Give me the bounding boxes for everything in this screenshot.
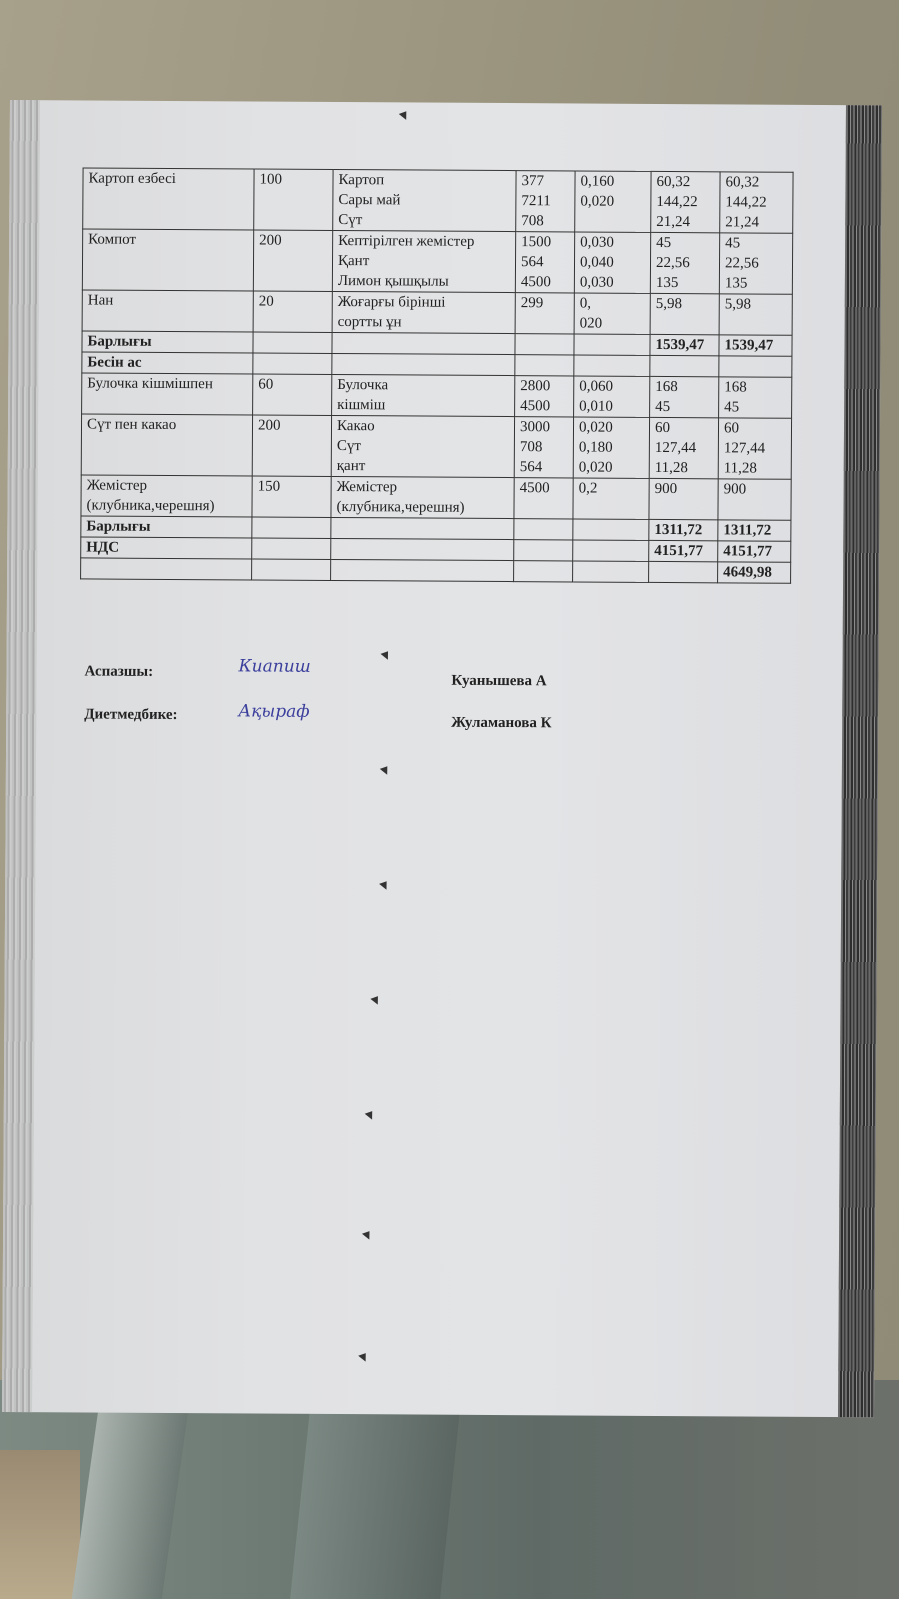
total-cell: 4649,98	[718, 562, 791, 583]
menu-cost-table: Картоп езбесі100Картоп Сары май Сүт377 7…	[80, 167, 794, 583]
yield-cell	[253, 353, 332, 374]
total-cell: 1539,47	[719, 335, 792, 356]
ingredients-cell: Картоп Сары май Сүт	[333, 169, 516, 231]
toner-speck	[370, 996, 380, 1006]
toner-speck	[365, 1111, 375, 1121]
toner-speck	[358, 1353, 368, 1363]
subtotal-row: 4649,98	[81, 558, 791, 583]
total-cell: 1311,72	[718, 520, 791, 541]
dish-cell: Жемістер (клубника,черешня)	[81, 475, 252, 517]
yield-cell	[253, 332, 332, 353]
dish-cell: Картоп езбесі	[83, 168, 254, 230]
sum-cell: 1311,72	[649, 519, 718, 540]
toner-speck	[380, 651, 390, 661]
sum-cell: 900	[649, 478, 718, 519]
scan-edge-left	[2, 100, 40, 1412]
quantity-cell: 0,060 0,010	[574, 376, 650, 417]
dish-cell	[81, 558, 252, 580]
sum-cell: 4151,77	[649, 540, 718, 561]
price-cell: 2800 4500	[515, 376, 574, 417]
toner-speck	[380, 766, 390, 776]
total-cell: 5,98	[719, 294, 792, 335]
ingredients-cell: Булочка кішміш	[332, 374, 515, 416]
price-cell: 1500 564 4500	[515, 232, 574, 293]
total-cell: 45 22,56 135	[719, 233, 792, 294]
yield-cell: 200	[253, 230, 332, 291]
price-cell: 4500	[514, 478, 573, 519]
table-row: Жемістер (клубника,черешня)150Жемістер (…	[81, 475, 791, 520]
quantity-cell	[573, 540, 649, 561]
quantity-cell	[573, 519, 649, 540]
quantity-cell: 0,020 0,180 0,020	[573, 417, 649, 478]
sum-cell: 1539,47	[650, 334, 719, 355]
ingredients-cell	[331, 559, 514, 581]
price-cell	[515, 355, 574, 376]
ingredients-cell: Какао Сүт қант	[331, 415, 514, 477]
total-cell: 60,32 144,22 21,24	[720, 172, 793, 233]
quantity-cell: 0,2	[573, 478, 649, 519]
sum-cell: 60 127,44 11,28	[649, 417, 718, 478]
quantity-cell: 0,160 0,020	[575, 171, 651, 232]
price-cell: 377 7211 708	[516, 171, 575, 232]
price-cell: 3000 708 564	[514, 417, 573, 478]
total-cell	[719, 356, 792, 377]
sum-cell: 45 22,56 135	[650, 232, 719, 293]
yield-cell	[252, 559, 331, 580]
yield-cell	[252, 538, 331, 559]
nurse-signature: Ақыраф	[238, 701, 309, 721]
total-cell: 60 127,44 11,28	[718, 418, 791, 479]
document-page: Картоп езбесі100Картоп Сары май Сүт377 7…	[2, 100, 882, 1417]
toner-speck	[379, 881, 389, 891]
table-row: Картоп езбесі100Картоп Сары май Сүт377 7…	[83, 168, 793, 233]
sum-cell: 168 45	[650, 376, 719, 417]
total-cell: 900	[718, 479, 791, 520]
yield-cell	[252, 517, 331, 538]
cook-label: Аспазшы:	[84, 663, 153, 680]
dish-cell: Компот	[82, 229, 253, 291]
ingredients-cell	[331, 538, 514, 560]
nurse-name: Жуламанова К	[451, 715, 551, 733]
ingredients-cell: Жоғарғы бірінші сортты ұн	[332, 291, 515, 333]
quantity-cell: 0, 020	[574, 293, 650, 334]
ingredients-cell	[332, 353, 515, 375]
dish-cell: Бесін ас	[82, 352, 253, 374]
price-cell: 299	[515, 293, 574, 334]
cook-signature: Кuanиш	[238, 656, 310, 676]
dish-cell: Барлығы	[81, 516, 252, 538]
yield-cell: 20	[253, 291, 332, 332]
total-cell: 168 45	[719, 377, 792, 418]
background-chair-leg	[290, 1410, 460, 1599]
sum-cell	[650, 355, 719, 376]
table-row: Булочка кішмішпен60Булочка кішміш2800 45…	[82, 373, 792, 418]
total-cell: 4151,77	[718, 541, 791, 562]
toner-speck	[362, 1231, 372, 1241]
yield-cell: 60	[253, 374, 332, 415]
cook-name: Куанышева А	[451, 673, 546, 691]
price-cell	[514, 519, 573, 540]
yield-cell: 100	[254, 169, 333, 230]
sum-cell	[649, 561, 718, 582]
dish-cell: Сүт пен какао	[81, 414, 252, 476]
dish-cell: НДС	[81, 537, 252, 559]
yield-cell: 150	[252, 476, 331, 517]
ingredients-cell	[332, 332, 515, 354]
ingredients-cell: Кептірілген жемістер Қант Лимон қышқылы	[332, 230, 515, 292]
price-cell	[515, 334, 574, 355]
background-surface	[0, 1450, 80, 1599]
quantity-cell	[574, 334, 650, 355]
table-row: Компот200Кептірілген жемістер Қант Лимон…	[82, 229, 792, 294]
quantity-cell: 0,030 0,040 0,030	[574, 232, 650, 293]
table-row: Сүт пен какао200Какао Сүт қант3000 708 5…	[81, 414, 791, 479]
price-cell	[514, 540, 573, 561]
quantity-cell	[574, 355, 650, 376]
ingredients-cell: Жемістер (клубника,черешня)	[331, 476, 514, 518]
dish-cell: Булочка кішмішпен	[82, 373, 253, 415]
price-cell	[514, 561, 573, 582]
ingredients-cell	[331, 517, 514, 539]
dish-cell: Нан	[82, 290, 253, 332]
sum-cell: 5,98	[650, 293, 719, 334]
nurse-label: Диетмедбике:	[84, 706, 177, 724]
quantity-cell	[573, 561, 649, 582]
sum-cell: 60,32 144,22 21,24	[651, 171, 720, 232]
dish-cell: Барлығы	[82, 331, 253, 353]
table-row: Нан20Жоғарғы бірінші сортты ұн2990, 0205…	[82, 290, 792, 335]
yield-cell: 200	[252, 415, 331, 476]
scan-edge-right	[838, 105, 882, 1417]
toner-speck	[399, 111, 409, 121]
